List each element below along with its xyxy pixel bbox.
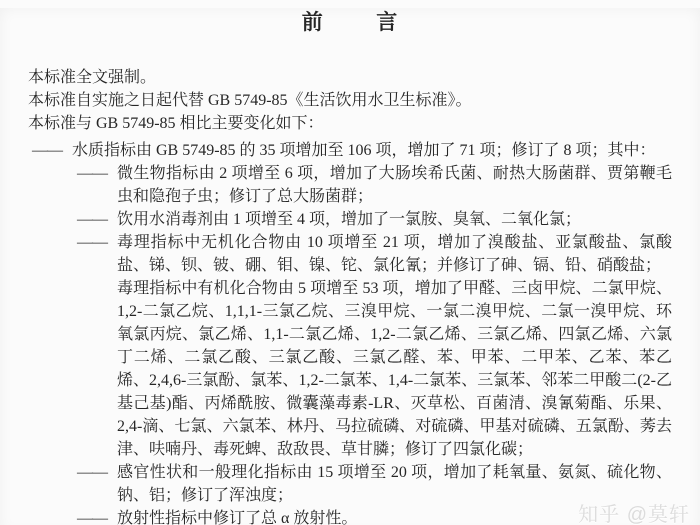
list-item-sensory: —— 感官性状和一般理化指标由 15 项增至 20 项，增加了耗氧量、氨氮、硫化…: [77, 461, 672, 507]
em-dash: ——: [77, 507, 117, 525]
item-text: 微生物指标由 2 项增至 6 项，增加了大肠埃希氏菌、耐热大肠菌群、贾第鞭毛虫和…: [117, 162, 672, 208]
preface-document-page: 前 言 本标准全文强制。 本标准自实施之日起代替 GB 5749-85《生活饮用…: [0, 8, 700, 525]
item-text: 水质指标由 GB 5749-85 的 35 项增加至 106 项，增加了 71 …: [72, 139, 672, 162]
em-dash: ——: [32, 139, 72, 162]
list-item-microbiology: —— 微生物指标由 2 项增至 6 项，增加了大肠埃希氏菌、耐热大肠菌群、贾第鞭…: [77, 162, 672, 208]
list-item-radioactivity: —— 放射性指标中修订了总 α 放射性。: [77, 507, 672, 525]
item-text-block: 放射性指标中修订了总 α 放射性。: [117, 507, 672, 525]
em-dash: ——: [77, 162, 117, 185]
item-text-block: 感官性状和一般理化指标由 15 项增至 20 项，增加了耗氧量、氨氮、硫化物、钠…: [117, 461, 672, 507]
item-text-block: 毒理指标中无机化合物由 10 项增至 21 项，增加了溴酸盐、亚氯酸盐、氯酸盐、…: [117, 231, 672, 461]
changes-list: —— 水质指标由 GB 5749-85 的 35 项增加至 106 项，增加了 …: [28, 139, 672, 525]
item-text: 放射性指标中修订了总 α 放射性。: [117, 507, 672, 525]
page-title: 前 言: [28, 8, 672, 36]
em-dash: ——: [77, 231, 117, 254]
list-item-toxicology: —— 毒理指标中无机化合物由 10 项增至 21 项，增加了溴酸盐、亚氯酸盐、氯…: [77, 231, 672, 461]
intro-section: 本标准全文强制。 本标准自实施之日起代替 GB 5749-85《生活饮用水卫生标…: [28, 66, 672, 135]
item-text-block: 水质指标由 GB 5749-85 的 35 项增加至 106 项，增加了 71 …: [72, 139, 672, 162]
list-item-water-quality: —— 水质指标由 GB 5749-85 的 35 项增加至 106 项，增加了 …: [32, 139, 672, 162]
item-text: 感官性状和一般理化指标由 15 项增至 20 项，增加了耗氧量、氨氮、硫化物、钠…: [117, 461, 672, 507]
item-text: 毒理指标中有机化合物由 5 项增至 53 项，增加了甲醛、三卤甲烷、二氯甲烷、1…: [117, 277, 672, 461]
intro-paragraph: 本标准全文强制。: [28, 66, 672, 89]
em-dash: ——: [77, 208, 117, 231]
item-text: 饮用水消毒剂由 1 项增至 4 项，增加了一氯胺、臭氧、二氧化氯；: [117, 208, 672, 231]
em-dash: ——: [77, 461, 117, 484]
intro-paragraph: 本标准与 GB 5749-85 相比主要变化如下：: [28, 112, 672, 135]
item-text: 毒理指标中无机化合物由 10 项增至 21 项，增加了溴酸盐、亚氯酸盐、氯酸盐、…: [117, 231, 672, 277]
item-text-block: 饮用水消毒剂由 1 项增至 4 项，增加了一氯胺、臭氧、二氧化氯；: [117, 208, 672, 231]
item-text-block: 微生物指标由 2 项增至 6 项，增加了大肠埃希氏菌、耐热大肠菌群、贾第鞭毛虫和…: [117, 162, 672, 208]
intro-paragraph: 本标准自实施之日起代替 GB 5749-85《生活饮用水卫生标准》。: [28, 89, 672, 112]
list-item-disinfectants: —— 饮用水消毒剂由 1 项增至 4 项，增加了一氯胺、臭氧、二氧化氯；: [77, 208, 672, 231]
